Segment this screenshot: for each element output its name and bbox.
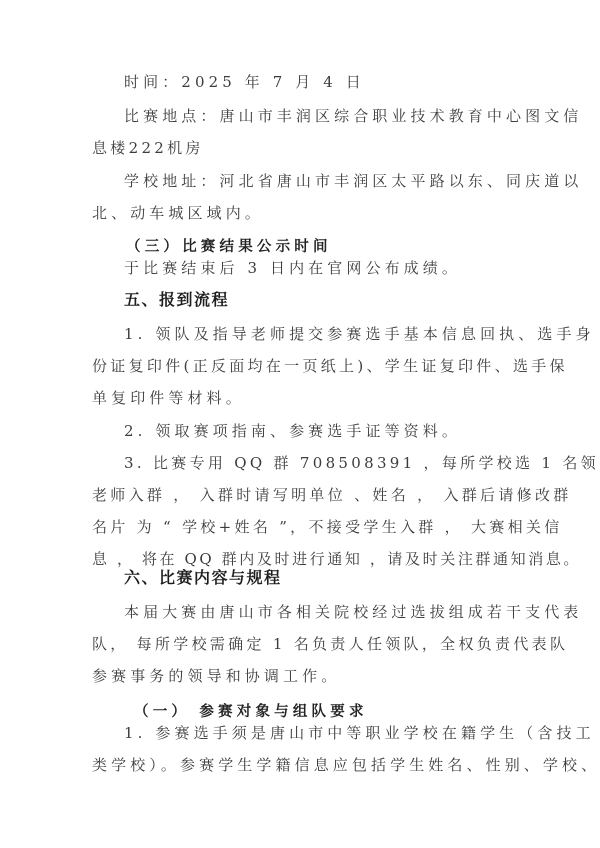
school-address-line-1: 学校地址：河北省唐山市丰润区太平路以东、同庆道以: [124, 172, 582, 190]
section-five-item-1-line-3: 单复印件等材料。: [92, 389, 245, 407]
section-five-item-1-line-1: 1. 领队及指导老师提交参赛选手基本信息回执、选手身: [124, 325, 595, 343]
event-location-line-2: 息楼222机房: [92, 139, 204, 157]
section-five-item-3-line-2: 老师入群 ， 入群时请写明单位 、姓名 ， 入群后请修改群: [92, 486, 572, 504]
section-five-item-2: 2. 领取赛项指南、参赛选手证等资料。: [124, 422, 461, 440]
section-five-item-3-line-4: 息 ， 将在 QQ 群内及时进行通知 ，请及时关注群通知消息。: [92, 550, 581, 568]
section-six-heading: 六、比赛内容与规程: [124, 569, 282, 587]
section-six-para-line-1: 本届大赛由唐山市各相关院校经过选拔组成若干支代表: [124, 603, 582, 621]
event-time: 时间：2025 年 7 月 4 日: [124, 73, 365, 91]
participants-item-1-line-1: 1. 参赛选手须是唐山市中等职业学校在籍学生（含技工: [124, 724, 595, 742]
section-five-heading: 五、报到流程: [124, 291, 229, 309]
section-five-item-3-line-1: 3. 比赛专用 QQ 群 708508391 ，每所学校选 1 名领队: [124, 454, 600, 472]
event-location-line-1: 比赛地点：唐山市丰润区综合职业技术教育中心图文信: [124, 107, 582, 125]
section-five-item-3-line-3: 名片 为 “ 学校+姓名 ”，不接受学生入群 ， 大赛相关信: [92, 518, 563, 536]
section-six-para-line-3: 参赛事务的领导和协调工作。: [92, 667, 340, 685]
section-six-para-line-2: 队， 每所学校需确定 1 名负责人任领队，全权负责代表队: [92, 635, 568, 653]
participants-item-1-line-2: 类学校）。参赛学生学籍信息应包括学生姓名、性别、学校、: [92, 756, 600, 774]
results-text: 于比赛结束后 3 日内在官网公布成绩。: [124, 259, 461, 277]
results-heading: （三）比赛结果公示时间: [126, 238, 332, 256]
participants-subheading: （一） 参赛对象与组队要求: [134, 703, 368, 721]
school-address-line-2: 北、动车城区域内。: [92, 204, 264, 222]
section-five-item-1-line-2: 份证复印件(正反面均在一页纸上)、学生证复印件、选手保: [92, 357, 568, 375]
